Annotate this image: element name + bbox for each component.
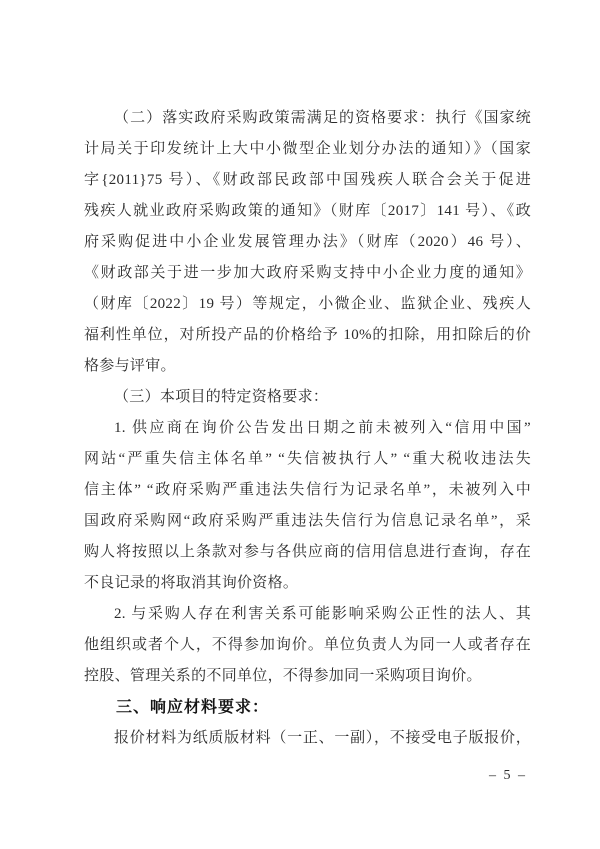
doc-line: 《财政部关于进一步加大政府采购支持中小企业力度的通知》 xyxy=(84,258,531,289)
doc-line: 报价材料为纸质版材料（一正、一副），不接受电子版报价， xyxy=(84,723,531,754)
page-number: – 5 – xyxy=(489,768,527,783)
doc-line: 字{2011}75 号）、《财政部民政部中国残疾人联合会关于促进 xyxy=(84,165,531,196)
section-heading-response-materials: 三、响应材料要求： xyxy=(84,692,531,723)
doc-line: 残疾人就业政府采购政策的通知》（财库〔2017〕141 号）、《政 xyxy=(84,196,531,227)
document-body: （二）落实政府采购政策需满足的资格要求：执行《国家统 计局关于印发统计上大中小微… xyxy=(84,103,531,754)
doc-line: 信主体” “政府采购严重违法失信行为记录名单”，未被列入中 xyxy=(84,475,531,506)
doc-line: 格参与评审。 xyxy=(84,351,531,382)
page-footer: – 5 – xyxy=(489,766,527,786)
doc-line: 2. 与采购人存在利害关系可能影响采购公正性的法人、其 xyxy=(84,599,531,630)
doc-line: （三）本项目的特定资格要求： xyxy=(84,382,531,413)
doc-line: 不良记录的将取消其询价资格。 xyxy=(84,568,531,599)
doc-line: 1. 供应商在询价公告发出日期之前未被列入“信用中国” xyxy=(84,413,531,444)
doc-line: （二）落实政府采购政策需满足的资格要求：执行《国家统 xyxy=(84,103,531,134)
doc-line: 福利性单位，对所投产品的价格给予 10%的扣除，用扣除后的价 xyxy=(84,320,531,351)
doc-line: 计局关于印发统计上大中小微型企业划分办法的通知）》（国家 xyxy=(84,134,531,165)
doc-line: 购人将按照以上条款对参与各供应商的信用信息进行查询，存在 xyxy=(84,537,531,568)
document-page: （二）落实政府采购政策需满足的资格要求：执行《国家统 计局关于印发统计上大中小微… xyxy=(0,0,600,849)
doc-line: 控股、管理关系的不同单位，不得参加同一采购项目询价。 xyxy=(84,661,531,692)
doc-line: 他组织或者个人，不得参加询价。单位负责人为同一人或者存在 xyxy=(84,630,531,661)
doc-line: 国政府采购网“政府采购严重违法失信行为信息记录名单”，采 xyxy=(84,506,531,537)
doc-line: 网站“严重失信主体名单” “失信被执行人” “重大税收违法失 xyxy=(84,444,531,475)
doc-line: 府采购促进中小企业发展管理办法》（财库（2020）46 号）、 xyxy=(84,227,531,258)
doc-line: （财库〔2022〕19 号）等规定，小微企业、监狱企业、残疾人 xyxy=(84,289,531,320)
